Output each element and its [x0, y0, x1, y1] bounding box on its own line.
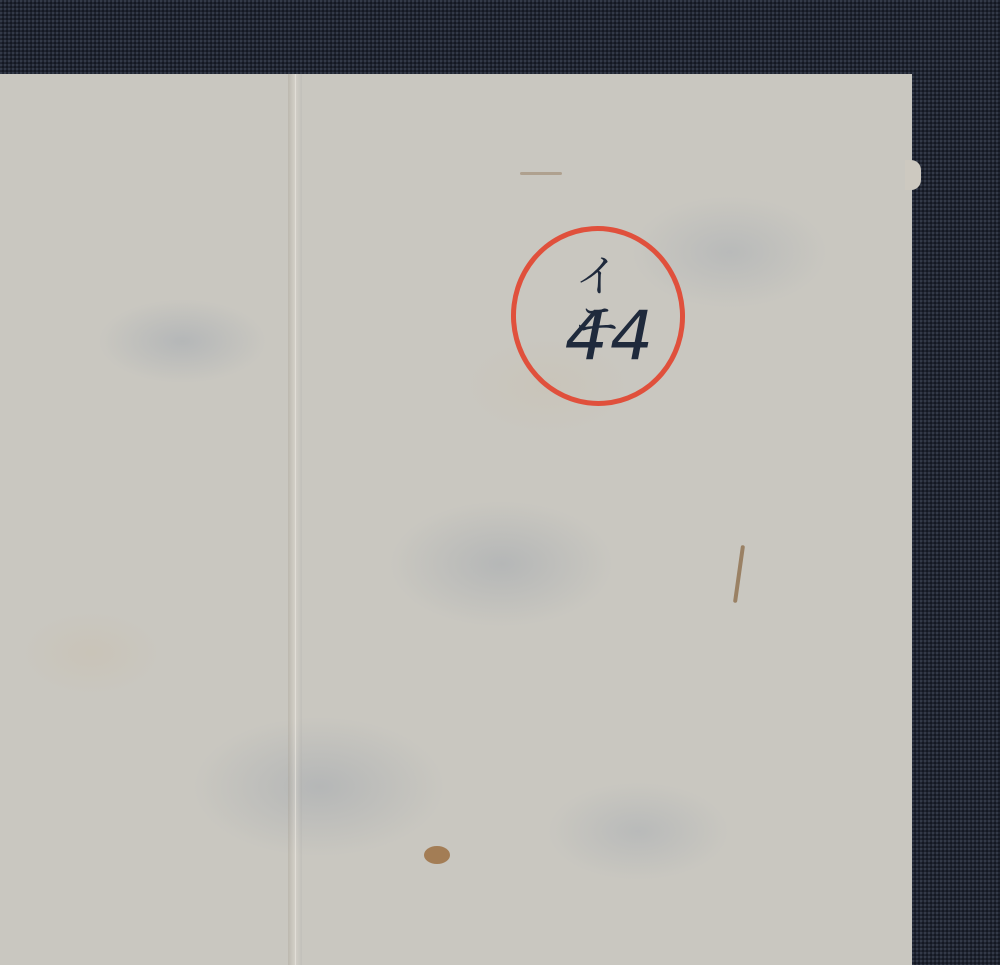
paper-fiber	[520, 172, 562, 175]
paper-sheet	[0, 74, 912, 965]
annotation-line-2: 44	[555, 303, 665, 371]
stain-spot	[424, 846, 450, 864]
paper-torn-edge	[905, 160, 921, 190]
paper-fold-line	[295, 74, 296, 965]
